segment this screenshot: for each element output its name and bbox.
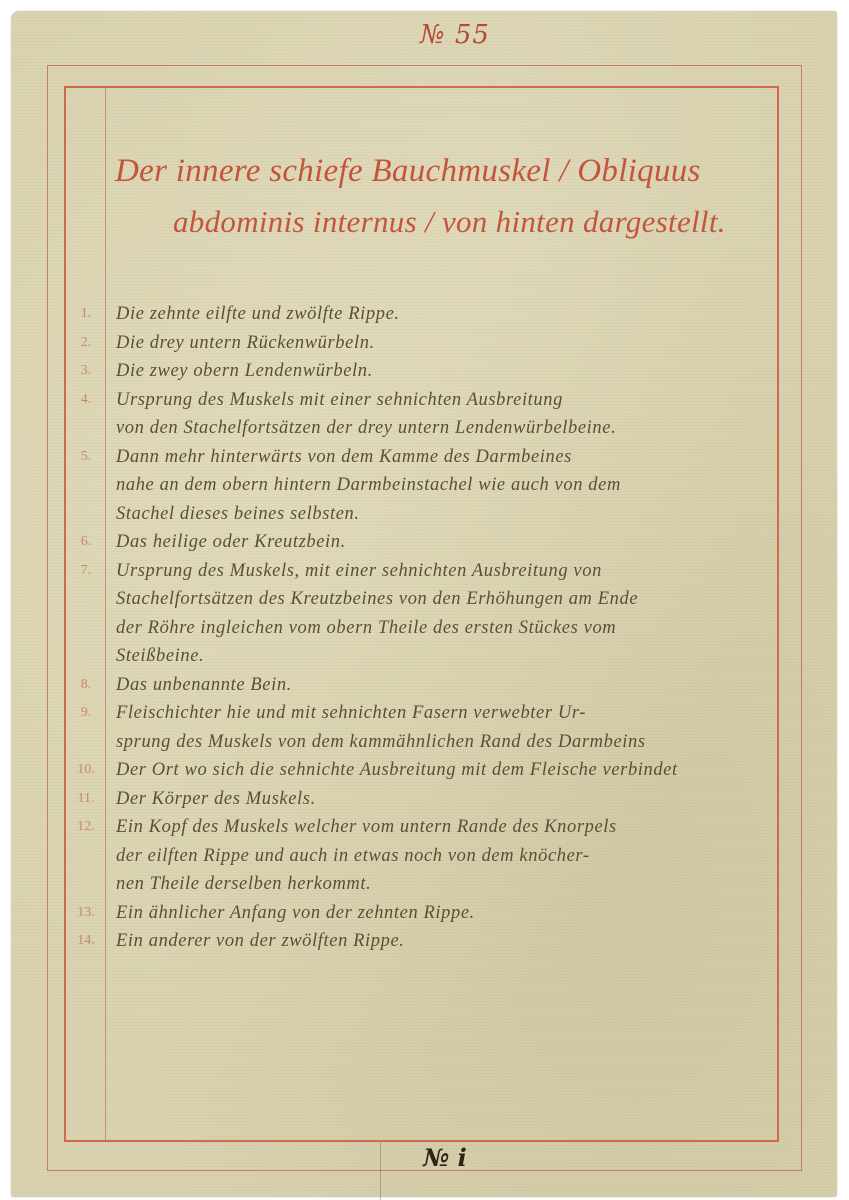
item-text: Ursprung des Muskels, mit einer sehnicht…	[116, 557, 790, 586]
item-text: Die zwey obern Lendenwürbeln.	[116, 357, 790, 386]
item-text: von den Stachelfortsätzen der drey unter…	[116, 414, 790, 443]
item-text: nen Theile derselben herkommt.	[116, 870, 790, 899]
list-item: 2. Die drey untern Rückenwürbeln.	[70, 329, 790, 358]
item-number: 10.	[70, 756, 102, 785]
item-number: 5.	[70, 443, 102, 472]
list-item: 11. Der Körper des Muskels.	[70, 785, 790, 814]
list-item: 14. Ein anderer von der zwölften Rippe.	[70, 927, 790, 956]
item-text: Das unbenannte Bein.	[116, 671, 790, 700]
item-number: 11.	[70, 785, 102, 814]
item-number: 8.	[70, 671, 102, 700]
list-item: 13. Ein ähnlicher Anfang von der zehnten…	[70, 899, 790, 928]
item-text: Stachel dieses beines selbsten.	[116, 500, 790, 529]
list-item: 7. Ursprung des Muskels, mit einer sehni…	[70, 557, 790, 671]
item-text: Ein anderer von der zwölften Rippe.	[116, 927, 790, 956]
title-line-1: Der innere schiefe Bauchmuskel / Obliquu…	[115, 140, 775, 202]
item-text: Der Körper des Muskels.	[116, 785, 790, 814]
item-text: Der Ort wo sich die sehnichte Ausbreitun…	[116, 756, 790, 785]
list-item: 9. Fleischichter hie und mit sehnichten …	[70, 699, 790, 756]
item-text: Die drey untern Rückenwürbeln.	[116, 329, 790, 358]
item-number: 14.	[70, 927, 102, 956]
item-number: 4.	[70, 386, 102, 415]
list-item: 1. Die zehnte eilfte und zwölfte Rippe.	[70, 300, 790, 329]
item-text: Das heilige oder Kreutzbein.	[116, 528, 790, 557]
item-text: nahe an dem obern hintern Darmbeinstache…	[116, 471, 790, 500]
list-item: 4. Ursprung des Muskels mit einer sehnic…	[70, 386, 790, 443]
item-text: der eilften Rippe und auch in etwas noch…	[116, 842, 790, 871]
item-number: 9.	[70, 699, 102, 728]
title-line-2: abdominis internus / von hinten dargeste…	[115, 202, 775, 242]
page-number: № 55	[400, 12, 510, 58]
list-item: 3. Die zwey obern Lendenwürbeln.	[70, 357, 790, 386]
item-number: 12.	[70, 813, 102, 842]
signature-mark: № i	[400, 1138, 490, 1178]
item-number: 7.	[70, 557, 102, 586]
item-text: Ein ähnlicher Anfang von der zehnten Rip…	[116, 899, 790, 928]
item-text: Stachelfortsätzen des Kreutzbeines von d…	[116, 585, 790, 614]
list-item: 5. Dann mehr hinterwärts von dem Kamme d…	[70, 443, 790, 529]
item-text: sprung des Muskels von dem kammähnlichen…	[116, 728, 790, 757]
item-text: Steißbeine.	[116, 642, 790, 671]
list-item: 12. Ein Kopf des Muskels welcher vom unt…	[70, 813, 790, 899]
item-text: der Röhre ingleichen vom obern Theile de…	[116, 614, 790, 643]
item-number: 1.	[70, 300, 102, 329]
item-number: 3.	[70, 357, 102, 386]
item-text: Die zehnte eilfte und zwölfte Rippe.	[116, 300, 790, 329]
item-text: Fleischichter hie und mit sehnichten Fas…	[116, 699, 790, 728]
item-number: 13.	[70, 899, 102, 928]
item-number: 2.	[70, 329, 102, 358]
numbered-legend-list: 1. Die zehnte eilfte und zwölfte Rippe. …	[70, 300, 790, 956]
item-text: Ursprung des Muskels mit einer sehnichte…	[116, 386, 790, 415]
list-item: 6. Das heilige oder Kreutzbein.	[70, 528, 790, 557]
item-text: Ein Kopf des Muskels welcher vom untern …	[116, 813, 790, 842]
paper-fold-crease	[380, 1142, 381, 1200]
item-number: 6.	[70, 528, 102, 557]
item-text: Dann mehr hinterwärts von dem Kamme des …	[116, 443, 790, 472]
list-item: 10. Der Ort wo sich die sehnichte Ausbre…	[70, 756, 790, 785]
page-title: Der innere schiefe Bauchmuskel / Obliquu…	[115, 140, 775, 242]
list-item: 8. Das unbenannte Bein.	[70, 671, 790, 700]
